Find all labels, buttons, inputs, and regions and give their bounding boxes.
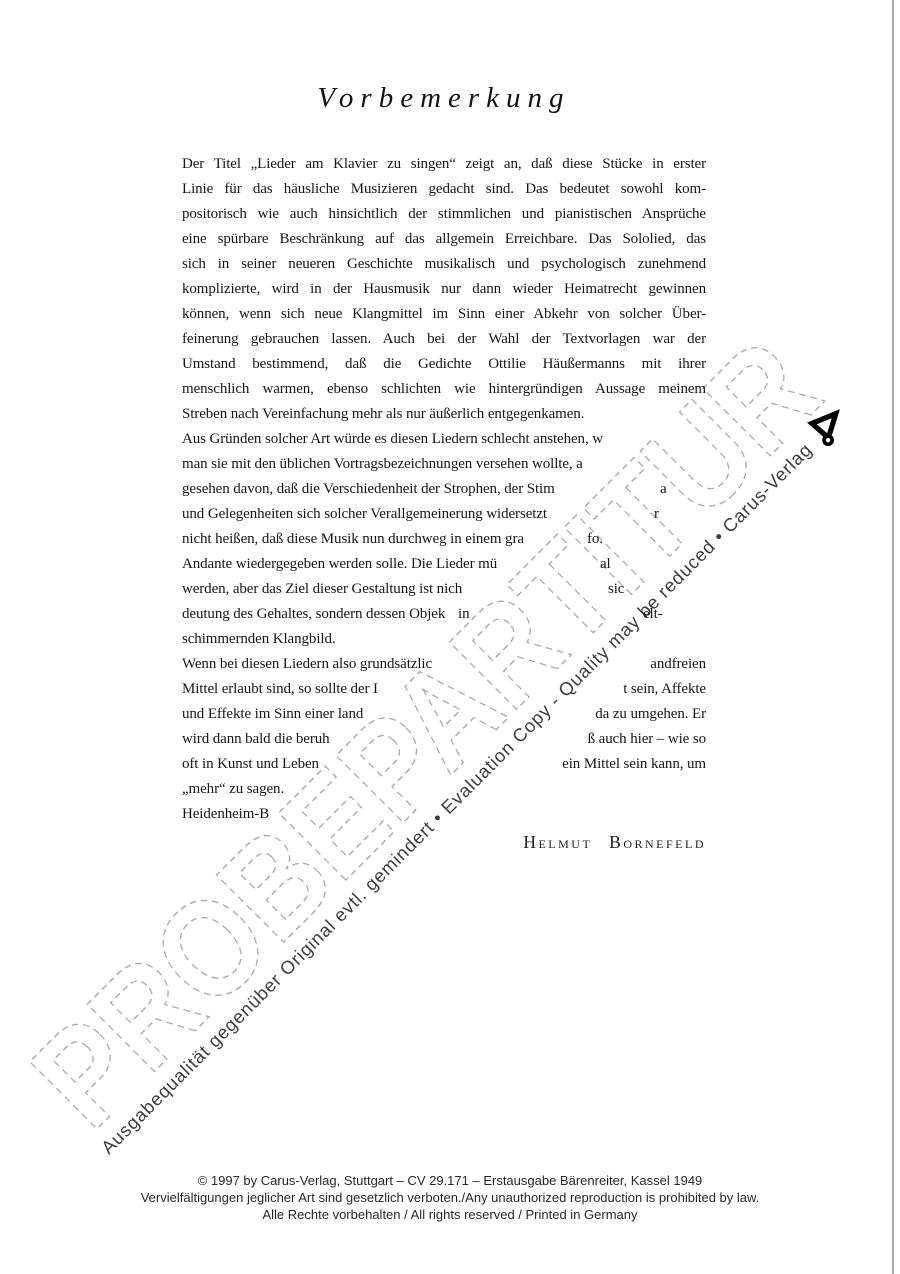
line-right-fragment: ß auch hier – wie so — [588, 727, 706, 752]
line-left-fragment: eine spürbare Beschränkung auf das allge… — [182, 231, 706, 247]
line-left-fragment: feinerung gebrauchen lassen. Auch bei de… — [182, 331, 706, 347]
imprint-copyright-line: © 1997 by Carus-Verlag, Stuttgart – CV 2… — [0, 1172, 900, 1189]
line-left-fragment: und Gelegenheiten sich solcher Verallgem… — [182, 506, 547, 522]
body-line: menschlich warmen, ebenso schlichten wie… — [182, 377, 706, 402]
body-line: schimmernden Klangbild. — [182, 627, 706, 652]
line-left-fragment: Streben nach Vereinfachung mehr als nur … — [182, 406, 584, 422]
body-line: Heidenheim-B — [182, 802, 706, 827]
line-left-fragment: oft in Kunst und Leben — [182, 756, 319, 772]
line-right-fragment: andfreien — [650, 652, 706, 677]
body-line: komplizierte, wird in der Hausmusik nur … — [182, 277, 706, 302]
body-line: Aus Gründen solcher Art würde es diesen … — [182, 427, 706, 452]
body-line: deutung des Gehaltes, sondern dessen Obj… — [182, 602, 706, 627]
line-left-fragment: komplizierte, wird in der Hausmusik nur … — [182, 281, 706, 297]
body-line: Mittel erlaubt sind, so sollte der It se… — [182, 677, 706, 702]
page-title: Vorbemerkung — [182, 78, 706, 118]
body-line: gesehen davon, daß die Verschiedenheit d… — [182, 477, 706, 502]
line-left-fragment: nicht heißen, daß diese Musik nun durchw… — [182, 531, 524, 547]
imprint-footer: © 1997 by Carus-Verlag, Stuttgart – CV 2… — [0, 1172, 900, 1223]
line-left-fragment: gesehen davon, daß die Verschiedenheit d… — [182, 481, 555, 497]
line-left-fragment: deutung des Gehaltes, sondern dessen Obj… — [182, 606, 445, 622]
body-line: und Effekte im Sinn einer landda zu umge… — [182, 702, 706, 727]
line-text-remnant: elt- — [643, 602, 663, 627]
body-line: Andante wiedergegeben werden solle. Die … — [182, 552, 706, 577]
scanned-preface-page: PROBEPARTITUR Ausgabequalität gegenüber … — [0, 0, 900, 1274]
body-line: sich in seiner neueren Geschichte musika… — [182, 252, 706, 277]
line-left-fragment: Der Titel „Lieder am Klavier zu singen“ … — [182, 156, 706, 172]
line-left-fragment: sich in seiner neueren Geschichte musika… — [182, 256, 706, 272]
line-right-fragment: da zu umgehen. Er — [595, 702, 706, 727]
imprint-rights-line: Alle Rechte vorbehalten / All rights res… — [0, 1206, 900, 1223]
body-line: wird dann bald die beruhß auch hier – wi… — [182, 727, 706, 752]
line-left-fragment: menschlich warmen, ebenso schlichten wie… — [182, 381, 706, 397]
body-line: nicht heißen, daß diese Musik nun durchw… — [182, 527, 706, 552]
line-left-fragment: Umstand bestimmend, daß die Gedichte Ott… — [182, 356, 706, 372]
line-right-fragment: t sein, Affekte — [623, 677, 706, 702]
body-line: Der Titel „Lieder am Klavier zu singen“ … — [182, 152, 706, 177]
line-text-remnant: r — [654, 502, 659, 527]
body-line: können, wenn sich neue Klangmittel im Si… — [182, 302, 706, 327]
body-line: oft in Kunst und Lebenein Mittel sein ka… — [182, 752, 706, 777]
line-left-fragment: wird dann bald die beruh — [182, 731, 330, 747]
imprint-legal-line: Vervielfältigungen jeglicher Art sind ge… — [0, 1189, 900, 1206]
body-line: werden, aber das Ziel dieser Gestaltung … — [182, 577, 706, 602]
line-left-fragment: positorisch wie auch hinsichtlich der st… — [182, 206, 706, 222]
line-left-fragment: Mittel erlaubt sind, so sollte der I — [182, 681, 378, 697]
line-text-remnant: in — [458, 602, 469, 627]
line-left-fragment: „mehr“ zu sagen. — [182, 781, 284, 797]
body-line: eine spürbare Beschränkung auf das allge… — [182, 227, 706, 252]
body-line: „mehr“ zu sagen. — [182, 777, 706, 802]
text-block: Vorbemerkung Der Titel „Lieder am Klavie… — [182, 78, 706, 853]
line-left-fragment: Heidenheim-B — [182, 806, 269, 822]
body-line: man sie mit den üblichen Vortragsbezeich… — [182, 452, 706, 477]
line-left-fragment: schimmernden Klangbild. — [182, 631, 336, 647]
line-left-fragment: Linie für das häusliche Musizieren gedac… — [182, 181, 706, 197]
line-text-remnant: a — [660, 477, 667, 502]
line-left-fragment: Wenn bei diesen Liedern also grundsätzli… — [182, 656, 432, 672]
line-text-remnant: fo. — [587, 527, 603, 552]
page-scan-edge-line — [892, 0, 894, 1274]
body-line: Streben nach Vereinfachung mehr als nur … — [182, 402, 706, 427]
preface-body: Der Titel „Lieder am Klavier zu singen“ … — [182, 152, 706, 827]
body-line: und Gelegenheiten sich solcher Verallgem… — [182, 502, 706, 527]
line-left-fragment: man sie mit den üblichen Vortragsbezeich… — [182, 456, 583, 472]
line-left-fragment: Andante wiedergegeben werden solle. Die … — [182, 556, 497, 572]
line-left-fragment: und Effekte im Sinn einer land — [182, 706, 363, 722]
body-line: Linie für das häusliche Musizieren gedac… — [182, 177, 706, 202]
line-left-fragment: werden, aber das Ziel dieser Gestaltung … — [182, 581, 462, 597]
line-left-fragment: können, wenn sich neue Klangmittel im Si… — [182, 306, 706, 322]
line-text-remnant: sic — [608, 577, 624, 602]
body-line: positorisch wie auch hinsichtlich der st… — [182, 202, 706, 227]
line-right-fragment: ein Mittel sein kann, um — [562, 752, 706, 777]
body-line: Umstand bestimmend, daß die Gedichte Ott… — [182, 352, 706, 377]
line-left-fragment: Aus Gründen solcher Art würde es diesen … — [182, 431, 603, 447]
body-line: feinerung gebrauchen lassen. Auch bei de… — [182, 327, 706, 352]
author-signature: Helmut Bornefeld — [182, 832, 706, 853]
line-text-remnant: al — [600, 552, 611, 577]
body-line: Wenn bei diesen Liedern also grundsätzli… — [182, 652, 706, 677]
